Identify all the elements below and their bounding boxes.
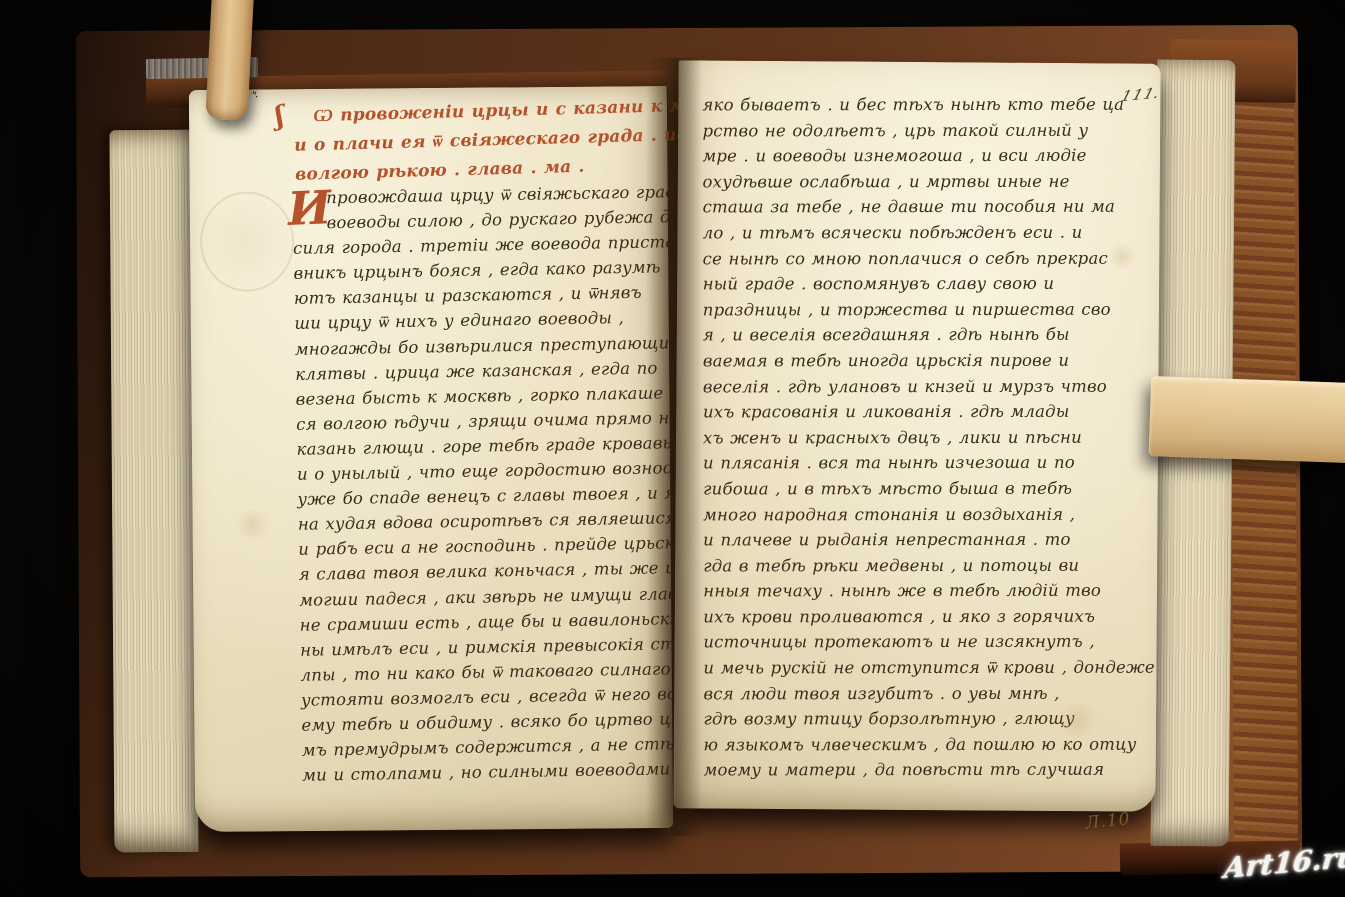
manuscript-text-line: и плачеве и рыданія непрестанная . то [703, 527, 1143, 553]
left-page-block-edge [109, 130, 198, 853]
manuscript-text-line: ми и столпами , но силными воеводами цря [302, 756, 677, 788]
manuscript-text-line: сташа за тебе , не давше ти пособия ни м… [703, 194, 1143, 220]
manuscript-text-line: много народная стонанія и воздыханія , [703, 501, 1143, 527]
manuscript-text-line: источницы протекаютъ и не изсякнутъ , [703, 629, 1143, 655]
manuscript-text-line: ваемая в тебѣ иногда црьскія пирове и [703, 348, 1143, 374]
manuscript-text-line: и плясанія . вся та нынѣ изчезоша и по [703, 450, 1143, 476]
foxing-spot [232, 509, 272, 539]
manuscript-text-line: се нынѣ со мною поплачися о себѣ прекрас [703, 245, 1143, 271]
manuscript-text-line: веселія . гдѣ улановъ и кнзей и мурзъ чт… [703, 373, 1143, 399]
chapter-heading: Ѡ провоженіи црцы и с казани к москвѣ .и… [293, 92, 670, 189]
left-page-text: провождаша црцу ѿ свіяжьскаго града , дв… [292, 179, 677, 788]
manuscript-text-line: охудѣвше ослабѣша , и мртвы иные не [703, 168, 1143, 194]
manuscript-text-line: гда в тебѣ рѣки медвены , и потоцы ви [703, 552, 1143, 578]
manuscript-text-line: рство не одолѣетъ , црь такой силный у [702, 117, 1142, 143]
manuscript-text-line: ный граде . воспомянувъ славу свою и [703, 271, 1143, 297]
rubric-ornament: ʃ [272, 101, 287, 132]
right-page-text: яко бываетъ . и бес тѣхъ нынѣ кто тебе ц… [702, 92, 1143, 784]
manuscript-text-line: ихъ крови проливаются , и яко з горячихъ [703, 604, 1143, 630]
manuscript-text-line: я , и веселія всегдашняя . гдѣ нынѣ бы [703, 322, 1143, 348]
paper-watermark [200, 191, 295, 292]
left-page: ''· ʃ Ѡ провоженіи црцы и с казани к мос… [189, 86, 673, 832]
manuscript-text-line: ло , и тѣмъ всячески побѣжденъ еси . и [703, 220, 1143, 246]
manuscript-text-line: хъ женъ и красныхъ двцъ , лики и пѣсни [703, 424, 1143, 450]
manuscript-text-line: моему и матери , да повѣсти тѣ случшая [704, 757, 1144, 783]
manuscript-photo: ''· ʃ Ѡ провоженіи црцы и с казани к мос… [0, 0, 1345, 897]
manuscript-text-line: ихъ красованія и ликованія . гдѣ млады [703, 399, 1143, 425]
manuscript-text-line: гибоша , и в тѣхъ мѣсто быша в тебѣ [703, 476, 1143, 502]
manuscript-text-line: яко бываетъ . и бес тѣхъ нынѣ кто тебе ц… [702, 92, 1142, 118]
foxing-spot [1054, 703, 1100, 737]
manuscript-text-line: мре . и воеводы изнемогоша , и вси людіе [702, 143, 1142, 169]
bookmark-stick-top [205, 0, 254, 121]
bookmark-stick-right [1149, 376, 1345, 463]
manuscript-text-line: нныя течаху . нынѣ же в тебѣ людій тво [703, 578, 1143, 604]
manuscript-text-line: и мечь рускій не отступится ѿ крови , до… [703, 655, 1143, 681]
manuscript-text-line: праздницы , и торжества и пиршества сво [703, 296, 1143, 322]
foxing-spot [1107, 243, 1137, 269]
right-page: 111. яко бываетъ . и бес тѣхъ нынѣ кто т… [673, 60, 1160, 811]
marginal-scribble: ''· [249, 89, 260, 103]
